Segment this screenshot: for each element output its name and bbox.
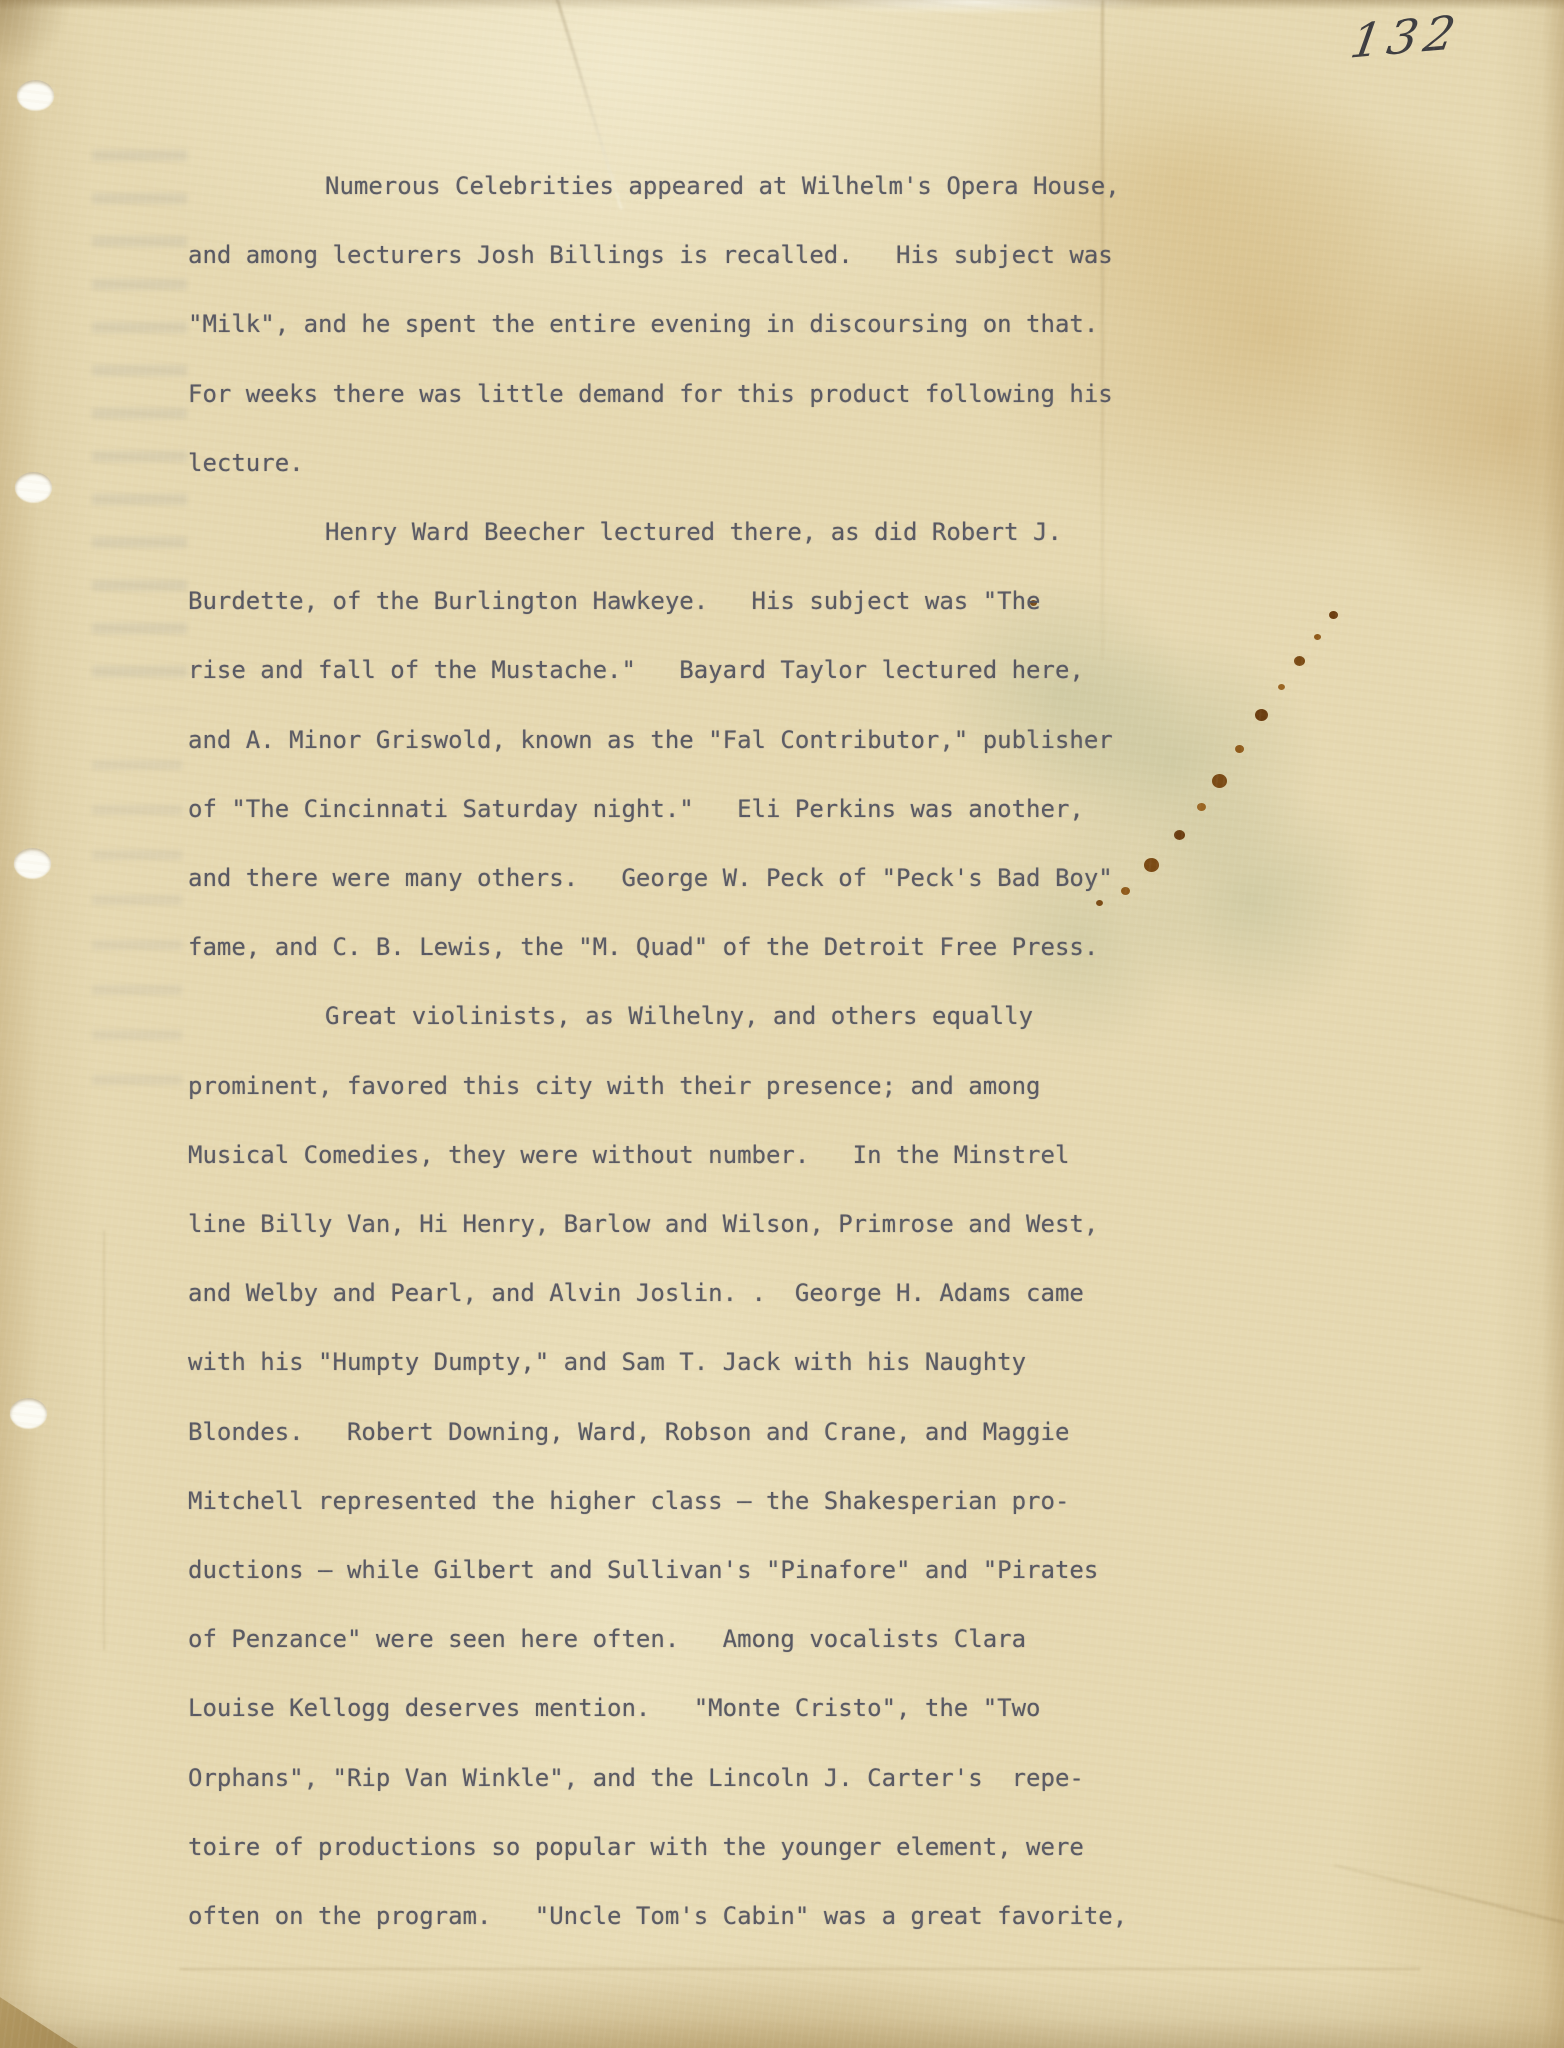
text-line-22: of Penzance" were seen here often. Among… [188,1605,1418,1674]
typewritten-text-block: Numerous Celebrities appeared at Wilhelm… [188,152,1418,1951]
handwritten-page-number: 132 [1347,5,1466,69]
text-line-11: and there were many others. George W. Pe… [188,844,1418,913]
text-line-6: Henry Ward Beecher lectured there, as di… [188,498,1418,567]
text-line-8: rise and fall of the Mustache." Bayard T… [188,636,1418,705]
text-line-1: Numerous Celebrities appeared at Wilhelm… [188,152,1418,221]
manuscript-page: 132 Numerous Celebrities appeared at Wil… [0,0,1564,2048]
text-line-16: line Billy Van, Hi Henry, Barlow and Wil… [188,1190,1418,1259]
text-line-9: and A. Minor Griswold, known as the "Fal… [188,706,1418,775]
text-line-5: lecture. [188,429,1418,498]
crease-left-vertical [103,1230,105,1650]
text-line-19: Blondes. Robert Downing, Ward, Robson an… [188,1398,1418,1467]
text-line-7: Burdette, of the Burlington Hawkeye. His… [188,567,1418,636]
text-line-4: For weeks there was little demand for th… [188,360,1418,429]
bleedthrough-text-smudge-upper [92,150,187,710]
text-line-26: often on the program. "Uncle Tom's Cabin… [188,1882,1418,1951]
text-line-17: and Welby and Pearl, and Alvin Joslin. .… [188,1259,1418,1328]
text-line-3: "Milk", and he spent the entire evening … [188,290,1418,359]
text-line-10: of "The Cincinnati Saturday night." Eli … [188,775,1418,844]
text-line-2: and among lecturers Josh Billings is rec… [188,221,1418,290]
text-line-24: Orphans", "Rip Van Winkle", and the Linc… [188,1744,1418,1813]
punch-hole-1 [17,80,54,110]
punch-hole-3 [14,848,51,878]
text-line-21: ductions — while Gilbert and Sullivan's … [188,1536,1418,1605]
text-line-13: Great violinists, as Wilhelny, and other… [188,982,1418,1051]
punch-hole-4 [10,1398,47,1428]
bleedthrough-text-smudge-lower [92,760,182,1090]
text-line-23: Louise Kellogg deserves mention. "Monte … [188,1674,1418,1743]
text-line-20: Mitchell represented the higher class — … [188,1467,1418,1536]
torn-corner-bottom-left [0,1986,78,2048]
crease-bottom [180,1968,1420,1970]
punch-hole-2 [15,472,52,502]
text-line-14: prominent, favored this city with their … [188,1052,1418,1121]
text-line-25: toire of productions so popular with the… [188,1813,1418,1882]
text-line-12: fame, and C. B. Lewis, the "M. Quad" of … [188,913,1418,982]
text-line-18: with his "Humpty Dumpty," and Sam T. Jac… [188,1328,1418,1397]
text-line-15: Musical Comedies, they were without numb… [188,1121,1418,1190]
